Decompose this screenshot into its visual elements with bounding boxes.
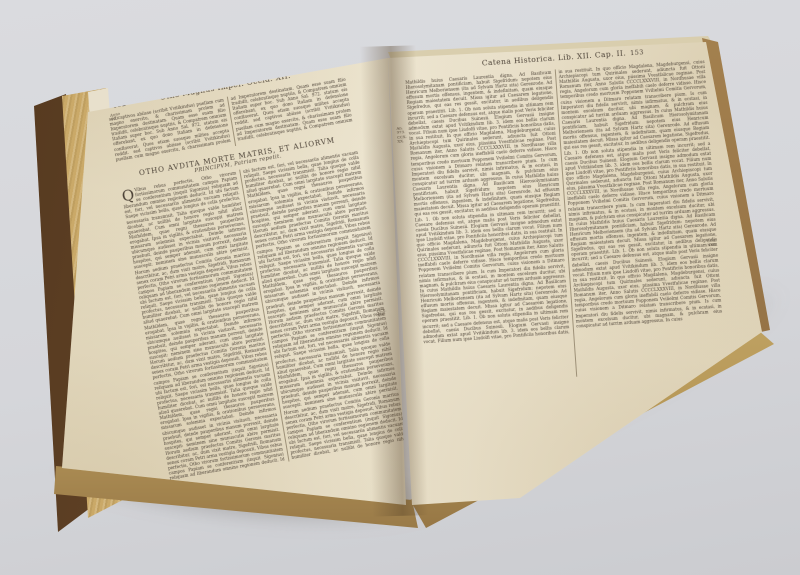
right-page-number: 153 — [630, 48, 644, 57]
left-page-number: 152 — [112, 100, 127, 110]
left-margin-note-roman: CCX. XIX. — [376, 307, 393, 318]
left-body-text: Vibus rebus perfectis, Otho virorum fort… — [123, 150, 406, 481]
photograph-of-open-book: 152 Otho Magnus Imper. Occid. XII. Anno … — [0, 0, 800, 575]
right-page-content: Catena Historica. Lib. XII. Cap. II. 153… — [404, 43, 726, 393]
left-page-content: 152 Otho Magnus Imper. Occid. XII. Anno … — [106, 62, 406, 475]
right-body-columns: Mathildis huius Caesaris Laurentia digna… — [405, 59, 726, 387]
right-margin-note-left: An. 973. CCX. XX. — [396, 126, 413, 145]
left-body-columns: QVibus rebus perfectis, Otho virorum for… — [121, 150, 407, 482]
right-margin-note-right: CCX. XXII. — [707, 238, 724, 248]
